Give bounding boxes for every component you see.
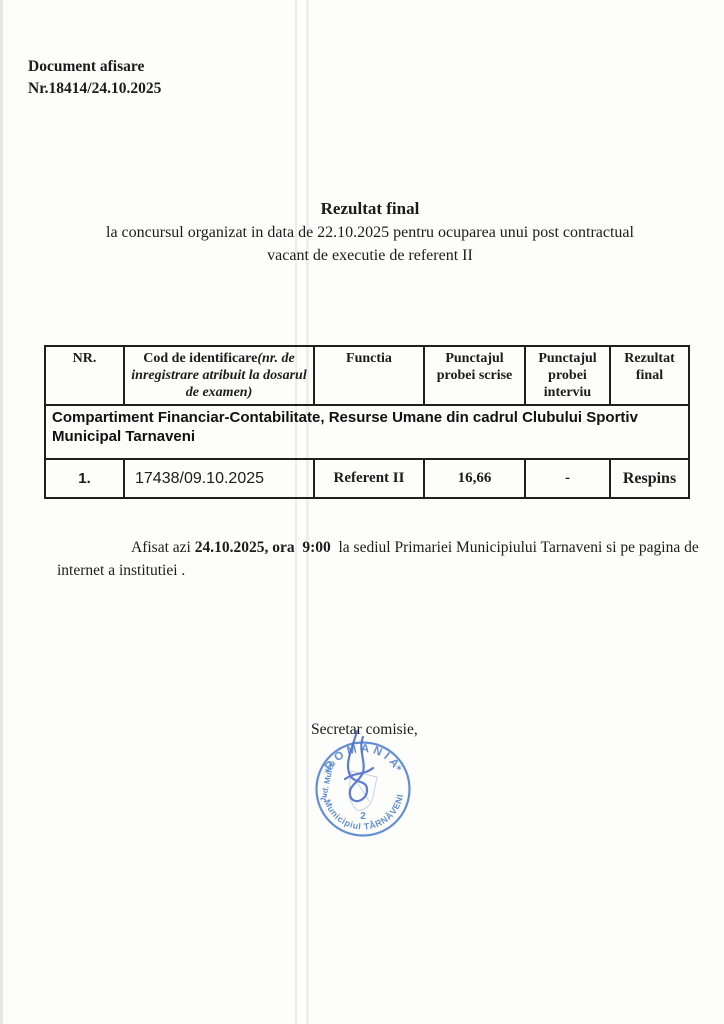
section-row: Compartiment Financiar-Contabilitate, Re…	[45, 405, 689, 459]
col-header-punctaj-interviu: Punctajul probei interviu	[525, 346, 610, 405]
stamp-star-right-icon: ✶	[395, 763, 403, 773]
page-title: Rezultat final	[20, 197, 720, 221]
stamp-graphic: ROMÂNIA - Municipiul TÂRNĂVENI Jud. Mure…	[299, 727, 427, 849]
scan-left-edge	[0, 0, 3, 1024]
col-header-functia: Functia	[314, 346, 424, 405]
signature	[345, 731, 373, 801]
cell-functia: Referent II	[314, 459, 424, 498]
col-header-punctaj-scris: Punctajul probei scrise	[424, 346, 525, 405]
official-stamp: ROMÂNIA - Municipiul TÂRNĂVENI Jud. Mure…	[299, 727, 427, 849]
col-header-rezultat: Rezultat final	[610, 346, 689, 405]
cell-punctaj-interviu: -	[525, 459, 610, 498]
cell-cod: 17438/09.10.2025	[124, 459, 314, 498]
scanned-document-page: Document afisare Nr.18414/24.10.2025 Rez…	[0, 0, 724, 1024]
col-header-nr: NR.	[45, 346, 124, 405]
stamp-shield-icon	[349, 771, 377, 811]
col-header-cod: Cod de identificare(nr. de inregistrare …	[124, 346, 314, 405]
document-header-line1: Document afisare	[28, 56, 161, 78]
results-table: NR. Cod de identificare(nr. de inregistr…	[44, 345, 690, 499]
col-header-label: Punctajul probei interviu	[538, 351, 596, 400]
afisat-paragraph: Afisat azi 24.10.2025, ora 9:00 la sediu…	[57, 536, 705, 583]
afisat-prefix: Afisat azi	[131, 539, 195, 556]
cell-rezultat: Respins	[610, 459, 689, 498]
scan-fold-line	[306, 0, 309, 1024]
table-row: 1. 17438/09.10.2025 Referent II 16,66 - …	[45, 459, 689, 498]
title-block: Rezultat final la concursul organizat in…	[20, 197, 720, 267]
section-row-label: Compartiment Financiar-Contabilitate, Re…	[45, 405, 689, 459]
stamp-star-left-icon: ✶	[323, 766, 331, 776]
stamp-center-number: 2	[360, 811, 366, 822]
afisat-date: 24.10.2025, ora 9:00	[195, 539, 331, 556]
col-header-label: Rezultat final	[624, 351, 675, 383]
cell-nr: 1.	[45, 459, 124, 498]
scan-fold-line	[295, 0, 297, 1024]
document-number: Nr.18414/24.10.2025	[28, 78, 161, 100]
col-header-label: Functia	[346, 351, 392, 366]
col-header-label: Cod de identificare	[143, 351, 257, 366]
col-header-label: NR.	[73, 351, 97, 366]
subtitle-line2: vacant de executie de referent II	[20, 244, 720, 267]
cell-punctaj-scris: 16,66	[424, 459, 525, 498]
document-header: Document afisare Nr.18414/24.10.2025	[28, 56, 161, 100]
col-header-label: Punctajul probei scrise	[437, 351, 513, 383]
table-header-row: NR. Cod de identificare(nr. de inregistr…	[45, 346, 689, 405]
subtitle-line1: la concursul organizat in data de 22.10.…	[20, 221, 720, 244]
